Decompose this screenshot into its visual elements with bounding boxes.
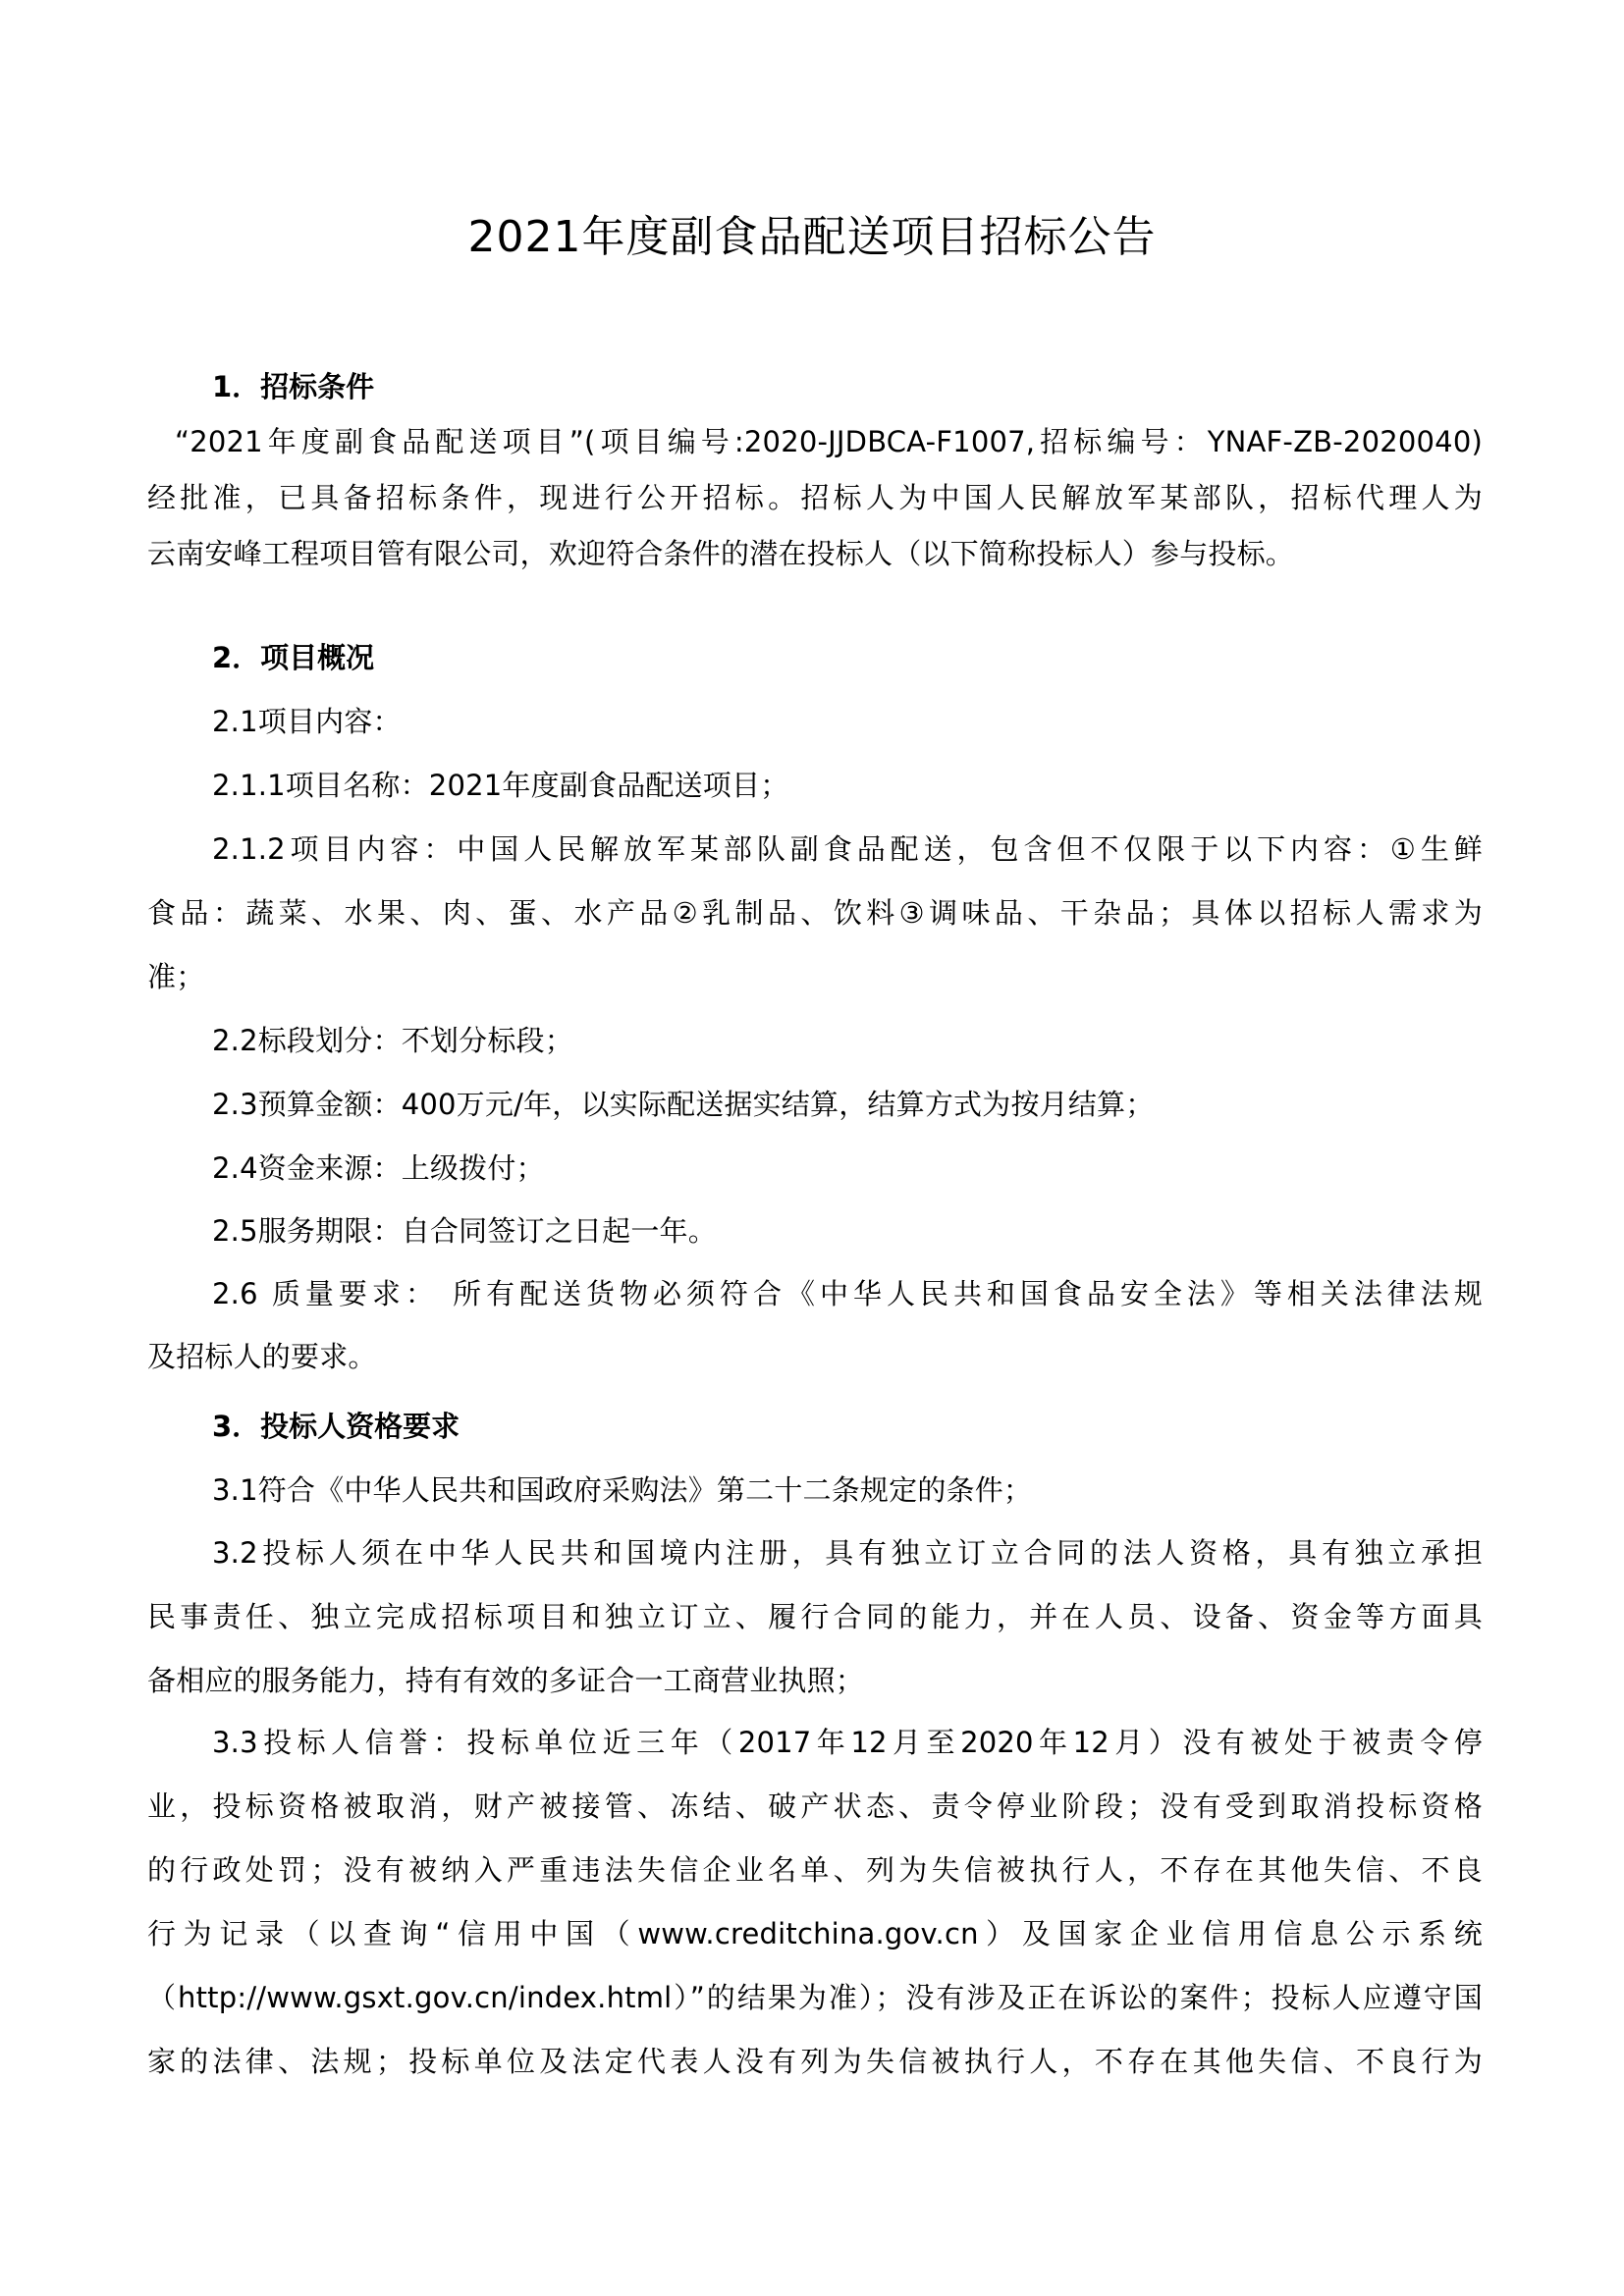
paragraph-line: 2.1项目内容： (212, 702, 1483, 741)
paragraph-line: 及招标人的要求。 (147, 1337, 1483, 1376)
paragraph-line: 家的法律、法规；投标单位及法定代表人没有列为失信被执行人，不存在其他失信、不良行… (147, 2042, 1483, 2081)
paragraph-line: 3.3投标人信誉：投标单位近三年（2017年12月至2020年12月）没有被处于… (212, 1723, 1483, 1762)
paragraph-line: 的行政处罚；没有被纳入严重违法失信企业名单、列为失信被执行人，不存在其他失信、不… (147, 1850, 1483, 1890)
paragraph-line: 2.6 质量要求： 所有配送货物必须符合《中华人民共和国食品安全法》等相关法律法… (212, 1274, 1483, 1313)
paragraph-line: 经批准，已具备招标条件，现进行公开招标。招标人为中国人民解放军某部队，招标代理人… (147, 478, 1483, 517)
paragraph-line: 业，投标资格被取消，财产被接管、冻结、破产状态、责令停业阶段；没有受到取消投标资… (147, 1787, 1483, 1826)
paragraph-line: 2.5服务期限：自合同签订之日起一年。 (212, 1211, 1483, 1251)
paragraph-line: 2.1.1项目名称：2021年度副食品配送项目； (212, 766, 1483, 805)
paragraph-line: 3.2投标人须在中华人民共和国境内注册，具有独立订立合同的法人资格，具有独立承担 (212, 1533, 1483, 1573)
document-title: 2021年度副食品配送项目招标公告 (0, 208, 1624, 267)
paragraph-line: 民事责任、独立完成招标项目和独立订立、履行合同的能力，并在人员、设备、资金等方面… (147, 1597, 1483, 1636)
paragraph-line: 食品：蔬菜、水果、肉、蛋、水产品②乳制品、饮料③调味品、干杂品；具体以招标人需求… (147, 893, 1483, 933)
document-page: 2021年度副食品配送项目招标公告 1．招标条件 “2021年度副食品配送项目”… (0, 0, 1624, 2296)
paragraph-line: （http://www.gsxt.gov.cn/index.html）”的结果为… (147, 1978, 1483, 2017)
paragraph-line: 2.4资金来源：上级拨付； (212, 1148, 1483, 1188)
paragraph-line: 行为记录（以查询“信用中国（www.creditchina.gov.cn）及国家… (147, 1914, 1483, 1953)
paragraph-line: 备相应的服务能力，持有有效的多证合一工商营业执照； (147, 1661, 1483, 1700)
section-heading-3: 3．投标人资格要求 (212, 1407, 460, 1446)
paragraph-line: 云南安峰工程项目管有限公司，欢迎符合条件的潜在投标人（以下简称投标人）参与投标。 (147, 534, 1483, 573)
paragraph-line: 2.3预算金额：400万元/年，以实际配送据实结算，结算方式为按月结算； (212, 1085, 1483, 1124)
section-heading-1: 1．招标条件 (212, 367, 374, 406)
paragraph-line: 2.1.2项目内容：中国人民解放军某部队副食品配送，包含但不仅限于以下内容：①生… (212, 829, 1483, 869)
paragraph-line: 3.1符合《中华人民共和国政府采购法》第二十二条规定的条件； (212, 1470, 1483, 1510)
paragraph-line: 2.2标段划分：不划分标段； (212, 1021, 1483, 1060)
section-heading-2: 2．项目概况 (212, 638, 374, 677)
paragraph-line: “2021年度副食品配送项目”(项目编号:2020-JJDBCA-F1007,招… (175, 422, 1483, 461)
paragraph-line: 准； (147, 957, 1483, 996)
